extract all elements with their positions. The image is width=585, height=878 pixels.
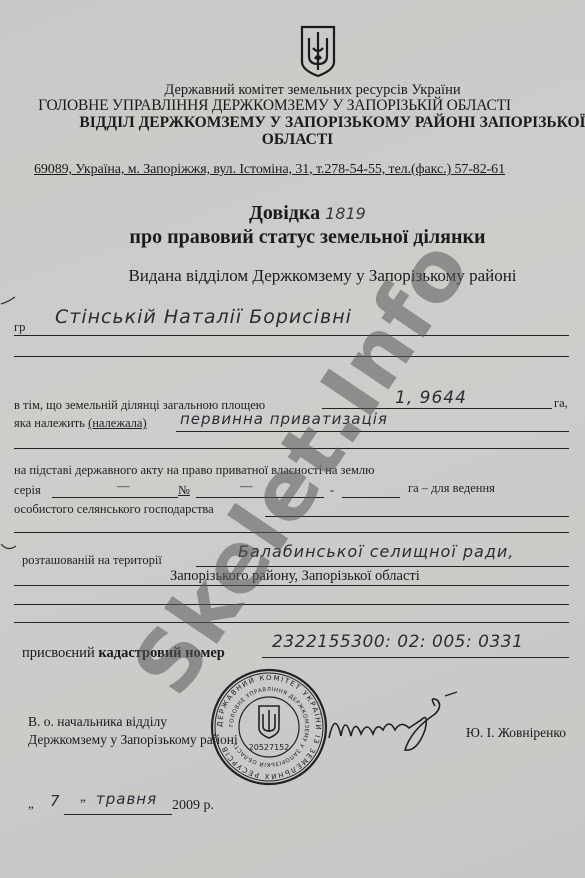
location-district: Запорізького району, Запорізької області bbox=[170, 568, 420, 585]
svg-text:20527152: 20527152 bbox=[249, 743, 290, 752]
owner-label-prefix: яка належить bbox=[14, 416, 85, 430]
underline bbox=[14, 532, 569, 533]
underline bbox=[176, 431, 569, 432]
underline bbox=[14, 604, 569, 605]
date-day-field[interactable]: 7 bbox=[50, 792, 61, 810]
document-title-word: Довідка bbox=[249, 202, 320, 224]
issued-by: Видана відділом Держкомзему у Запорізько… bbox=[30, 266, 585, 286]
date-close-quote: ” bbox=[80, 796, 86, 812]
underline bbox=[196, 497, 324, 498]
document-number: 1819 bbox=[325, 204, 366, 223]
underline bbox=[196, 566, 569, 567]
number-sign: № bbox=[178, 483, 190, 498]
cadastral-number-field[interactable]: 2322155300: 02: 005: 0331 bbox=[272, 632, 523, 652]
dash-separator: - bbox=[330, 483, 334, 498]
margin-mark-icon bbox=[0, 540, 18, 552]
basis-label: на підставі державного акту на право при… bbox=[14, 463, 375, 478]
date-open-quote: „ bbox=[28, 796, 34, 812]
underline bbox=[52, 497, 178, 498]
district-department-name: ВІДДІЛ ДЕРЖКОМЗЕМУ У ЗАПОРІЗЬКОМУ РАЙОНІ… bbox=[40, 114, 585, 132]
signatory-position: В. о. начальника відділу bbox=[28, 714, 167, 730]
underline bbox=[14, 356, 569, 357]
underline bbox=[322, 408, 552, 409]
cadastral-label-bold: кадастровий номер bbox=[98, 645, 225, 661]
citizen-name-field[interactable]: Стінській Наталії Борисівні bbox=[55, 306, 352, 328]
ukraine-coat-of-arms-icon bbox=[299, 24, 337, 78]
location-label: розташованій на території bbox=[22, 553, 162, 568]
handwritten-signature-icon bbox=[325, 690, 475, 760]
date-month-field[interactable]: травня bbox=[96, 790, 157, 808]
underline bbox=[265, 516, 569, 517]
series-field[interactable]: — bbox=[117, 479, 130, 494]
document-subtitle: про правовий статус земельної ділянки bbox=[15, 226, 585, 249]
main-department-name: ГОЛОВНЕ УПРАВЛІННЯ ДЕРЖКОМЗЕМУ У ЗАПОРІЗ… bbox=[0, 97, 567, 115]
cadastral-label: присвоєний кадастровий номер bbox=[22, 645, 225, 662]
document-title: Довідка 1819 bbox=[15, 202, 585, 225]
underline bbox=[64, 814, 172, 815]
district-department-name-cont: ОБЛАСТІ bbox=[5, 131, 585, 149]
date-year: 2009 р. bbox=[172, 798, 214, 814]
owner-label: яка належить (належала) bbox=[14, 416, 147, 431]
office-address: 69089, Україна, м. Запоріжжя, вул. Істом… bbox=[34, 162, 505, 178]
signatory-name: Ю. І. Жовніренко bbox=[466, 725, 566, 741]
location-field[interactable]: Балабинської селищної ради, bbox=[238, 542, 514, 561]
act-number-field[interactable]: — bbox=[240, 479, 253, 494]
underline bbox=[14, 622, 569, 623]
area-field[interactable]: 1, 9644 bbox=[395, 388, 467, 408]
underline bbox=[14, 335, 569, 336]
underline bbox=[14, 585, 569, 586]
owner-label-underlined: (належала) bbox=[88, 416, 147, 430]
margin-mark-icon bbox=[0, 296, 18, 306]
official-stamp-icon: ДЕРЖАВНИЙ КОМІТЕТ УКРАЇНИ ІЗ ЗЕМЕЛЬНИХ Р… bbox=[210, 668, 328, 786]
area-unit: га, bbox=[554, 396, 568, 411]
signatory-department: Держкомзему у Запорізькому районі bbox=[28, 732, 238, 748]
owner-field[interactable]: первинна приватизація bbox=[180, 410, 388, 428]
cadastral-label-prefix: присвоєний bbox=[22, 645, 95, 661]
series-label: серія bbox=[14, 483, 41, 498]
underline bbox=[342, 497, 400, 498]
underline bbox=[262, 657, 569, 658]
purpose-unit: га – для ведення bbox=[408, 481, 495, 496]
purpose-text: особистого селянського господарства bbox=[14, 502, 214, 517]
citizen-label: гр bbox=[14, 320, 25, 335]
underline bbox=[14, 448, 569, 449]
